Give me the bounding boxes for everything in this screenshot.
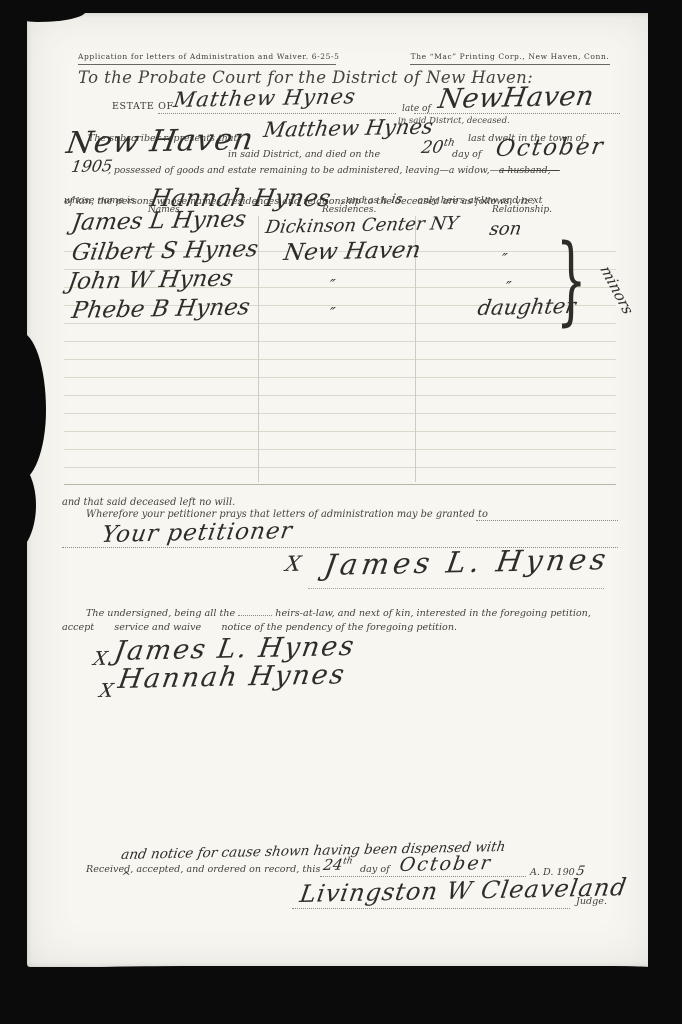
petitioner-signature: James L. Hynes (322, 542, 612, 582)
estate-name-line (158, 113, 396, 114)
grantee-value: Your petitioner (100, 518, 295, 548)
form-header-left: Application for letters of Administratio… (78, 52, 336, 65)
received-month: October (398, 852, 494, 876)
body-line3: , possessed of goods and estate remainin… (108, 165, 560, 176)
table-bottom-rule (64, 484, 616, 485)
minors-brace: } (556, 232, 587, 328)
received-day-of: day of (360, 864, 390, 875)
death-month: October (494, 134, 607, 162)
death-day: 20th (420, 137, 456, 158)
col-header-relationship: Relationship. (492, 205, 552, 215)
petitioner-signature-line (308, 588, 604, 589)
heir-row-3-name: John W Hynes (66, 266, 235, 295)
day-of-label: day of (452, 149, 481, 160)
body-line2: in said District, and died on the (228, 149, 380, 160)
wherefore-blank-line (476, 520, 618, 521)
printer-credit: The “Mac” Printing Corp., New Haven, Con… (410, 52, 610, 65)
received-day: 24th (322, 855, 353, 874)
waiver-line2: accept service and waive notice of the p… (62, 622, 457, 633)
waiver-blank (238, 615, 272, 616)
col-header-residences: Residences. (322, 205, 376, 215)
waiver-x-mark-2: X (98, 680, 115, 702)
judge-signature-line (292, 908, 570, 909)
waiver-signature-2: Hannah Hynes (116, 659, 348, 695)
heir-row-2-residence: New Haven (282, 237, 422, 266)
estate-decedent-name: Matthew Hynes (172, 84, 358, 112)
estate-of-label: ESTATE OF (112, 101, 174, 112)
no-will-statement: and that said deceased left no will. (62, 497, 235, 508)
waiver-x-mark-1: X (92, 648, 109, 670)
body-decedent-name: Matthew Hynes (262, 114, 435, 142)
heir-row-1-residence: Dickinson Center NY (264, 213, 460, 238)
struck-a-husband: a husband,— (499, 165, 560, 176)
column-divider-1 (258, 216, 259, 482)
late-of-value: NewHaven (436, 81, 596, 115)
waiver-line1: The undersigned, being all the heirs-at-… (86, 608, 591, 619)
heir-row-2-name: Gilbert S Hynes (70, 236, 260, 266)
scan-edge-right (648, 0, 682, 1024)
body-line5: of kin, the persons whose names, residen… (64, 196, 535, 207)
heir-row-1-relationship: son (488, 218, 523, 240)
judge-label: Judge. (576, 896, 607, 907)
heir-row-1-name: James L Hynes (70, 206, 248, 236)
scan-edge-bottom (0, 966, 682, 1024)
heir-row-4-name: Phebe B Hynes (70, 294, 252, 324)
scanned-document: Application for letters of Administratio… (0, 0, 682, 1024)
